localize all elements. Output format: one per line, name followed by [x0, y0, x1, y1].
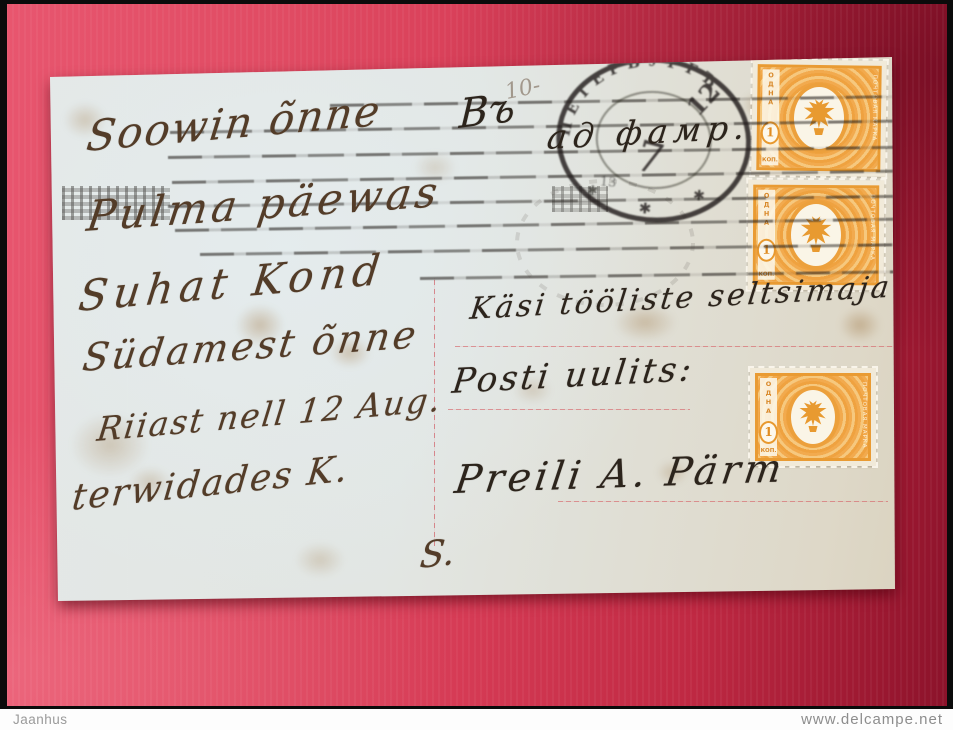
imperial-eagle-icon — [790, 83, 849, 154]
seller-watermark: Jaanhus — [13, 712, 68, 727]
address-guide-line — [448, 409, 690, 410]
postcard: ОДНА 1 КОП. ПОЧТОВАЯ МАРКА ОДНА — [0, 0, 953, 709]
message-line-6: terwidades K. — [70, 448, 351, 519]
postmark-star: ✱ — [586, 183, 598, 199]
imperial-eagle-icon — [787, 200, 845, 270]
stamp-banner-text: ПОЧТОВАЯ МАРКА — [865, 75, 877, 163]
address-guide-line — [455, 346, 893, 347]
watermark-strip: Jaanhus www.delcampe.net — [0, 709, 953, 730]
stamp-denomination-word: ОДНА — [765, 380, 773, 416]
stain — [285, 535, 355, 585]
postcard-photo-scan: ОДНА 1 КОП. ПОЧТОВАЯ МАРКА ОДНА — [0, 0, 953, 730]
postage-stamp-1: ОДНА 1 КОП. ПОЧТОВАЯ МАРКА — [751, 59, 887, 177]
stamp-value: 1 — [759, 421, 778, 444]
message-line-1: Soowin õnne — [84, 86, 384, 161]
message-line-4: Südamest õnne — [80, 312, 422, 380]
message-line-3: Suhat Kond — [76, 244, 389, 321]
postmark-star: ✱ — [692, 188, 705, 205]
stamp-unit: КОП. — [762, 157, 778, 163]
message-line-5: Riiast nell 12 Aug. — [95, 379, 444, 449]
postmark-small-numeral: 13 — [599, 174, 617, 190]
stamp-denomination-word: ОДНА — [767, 71, 776, 107]
address-line-3: Preili A. Pärm — [452, 446, 788, 503]
site-watermark: www.delcampe.net — [801, 711, 943, 728]
postmark-star: ✱ — [638, 199, 652, 218]
stamp-value: 1 — [757, 238, 776, 261]
stamp-banner-text: ПОЧТОВАЯ МАРКА — [864, 194, 875, 276]
address-guide-line — [558, 501, 888, 502]
photo-area: ОДНА 1 КОП. ПОЧТОВАЯ МАРКА ОДНА — [0, 0, 953, 709]
address-line-2: Posti uulits: — [450, 349, 696, 402]
message-signature: S. — [418, 532, 457, 577]
imperial-eagle-icon — [787, 386, 839, 448]
stamp-banner-text: ПОЧТОВАЯ МАРКА — [856, 382, 867, 452]
